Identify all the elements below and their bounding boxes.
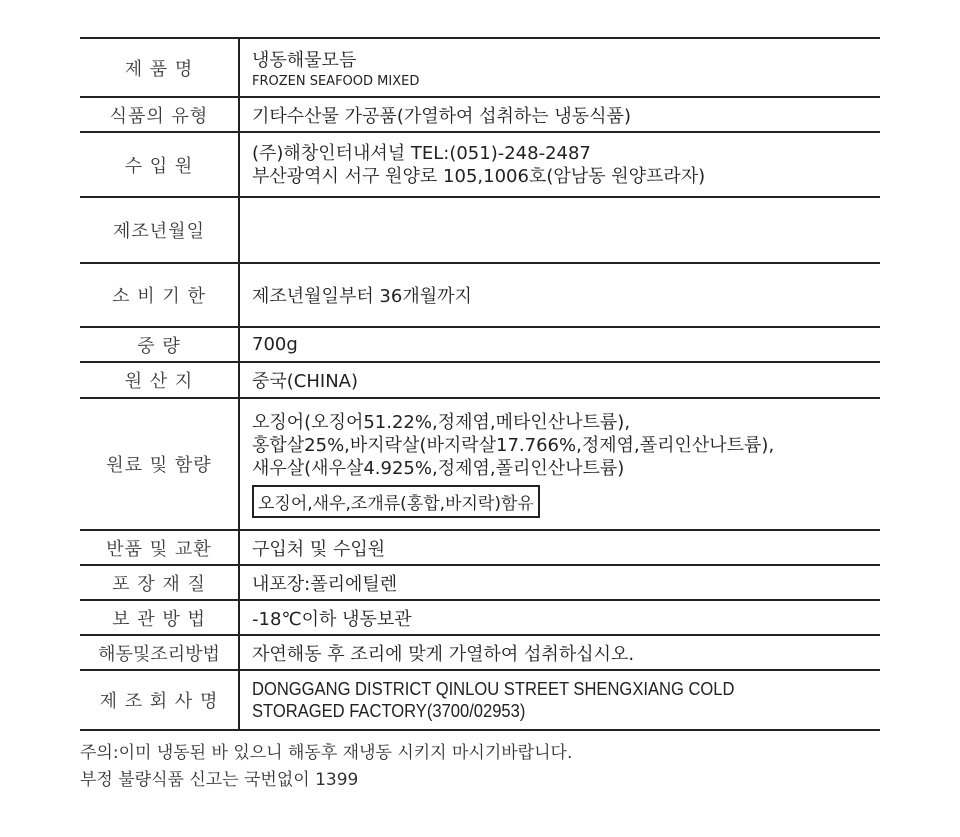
label-key: 보 관 방 법	[80, 600, 239, 635]
importer-address: 부산광역시 서구 원양로 105,1006호(암남동 원양프라자)	[252, 165, 880, 188]
row-thaw-cook: 해동및조리방법 자연해동 후 조리에 맞게 가열하여 섭취하십시오.	[80, 635, 880, 670]
row-food-type: 식품의 유형 기타수산물 가공품(가열하여 섭취하는 냉동식품)	[80, 97, 880, 132]
label-value: 기타수산물 가공품(가열하여 섭취하는 냉동식품)	[239, 97, 880, 132]
row-ingredients: 원료 및 함량 오징어(오징어51.22%,정제염,메타인산나트륨), 홍합살2…	[80, 398, 880, 530]
label-key: 수 입 원	[80, 132, 239, 197]
label-value: DONGGANG DISTRICT QINLOU STREET SHENGXIA…	[239, 670, 880, 730]
row-product-name: 제 품 명 냉동해물모듬 FROZEN SEAFOOD MIXED	[80, 38, 880, 97]
product-name-en: FROZEN SEAFOOD MIXED	[252, 74, 880, 89]
label-key: 제 조 회 사 명	[80, 670, 239, 730]
label-key: 해동및조리방법	[80, 635, 239, 670]
row-returns: 반품 및 교환 구입처 및 수입원	[80, 530, 880, 565]
label-value	[239, 197, 880, 263]
ingredient-line: 새우살(새우살4.925%,정제염,폴리인산나트륨)	[252, 457, 880, 480]
row-expiry: 소 비 기 한 제조년월일부터 36개월까지	[80, 263, 880, 327]
label-key: 원료 및 함량	[80, 398, 239, 530]
label-key: 포 장 재 질	[80, 565, 239, 600]
footer-notes: 주의:이미 냉동된 바 있으니 해동후 재냉동 시키지 마시기바랍니다. 부정 …	[80, 740, 572, 794]
row-weight: 중 량 700g	[80, 327, 880, 362]
label-value: 700g	[239, 327, 880, 362]
ingredient-line: 홍합살25%,바지락살(바지락살17.766%,정제염,폴리인산나트륨),	[252, 434, 880, 457]
label-key: 소 비 기 한	[80, 263, 239, 327]
label-value: 제조년월일부터 36개월까지	[239, 263, 880, 327]
label-value: 자연해동 후 조리에 맞게 가열하여 섭취하십시오.	[239, 635, 880, 670]
report-note: 부정 불량식품 신고는 국번없이 1399	[80, 767, 572, 794]
label-key: 반품 및 교환	[80, 530, 239, 565]
allergen-box: 오징어,새우,조개류(홍합,바지락)함유	[252, 485, 540, 518]
label-value: 구입처 및 수입원	[239, 530, 880, 565]
row-origin: 원 산 지 중국(CHINA)	[80, 362, 880, 398]
ingredient-line: 오징어(오징어51.22%,정제염,메타인산나트륨),	[252, 411, 880, 434]
manufacturer-line: DONGGANG DISTRICT QINLOU STREET SHENGXIA…	[252, 678, 830, 700]
manufacturer-line: STORAGED FACTORY(3700/02953)	[252, 700, 830, 722]
label-value: 내포장:폴리에틸렌	[239, 565, 880, 600]
row-importer: 수 입 원 (주)해창인터내셔널 TEL:(051)-248-2487 부산광역…	[80, 132, 880, 197]
label-key: 원 산 지	[80, 362, 239, 398]
caution-note: 주의:이미 냉동된 바 있으니 해동후 재냉동 시키지 마시기바랍니다.	[80, 740, 572, 767]
label-value: 오징어(오징어51.22%,정제염,메타인산나트륨), 홍합살25%,바지락살(…	[239, 398, 880, 530]
row-manufacture-date: 제조년월일	[80, 197, 880, 263]
label-value: (주)해창인터내셔널 TEL:(051)-248-2487 부산광역시 서구 원…	[239, 132, 880, 197]
label-key: 식품의 유형	[80, 97, 239, 132]
label-value: 냉동해물모듬 FROZEN SEAFOOD MIXED	[239, 38, 880, 97]
label-value: 중국(CHINA)	[239, 362, 880, 398]
label-key: 중 량	[80, 327, 239, 362]
row-storage: 보 관 방 법 -18℃이하 냉동보관	[80, 600, 880, 635]
label-value: -18℃이하 냉동보관	[239, 600, 880, 635]
label-key: 제조년월일	[80, 197, 239, 263]
product-name-ko: 냉동해물모듬	[252, 50, 356, 71]
label-key: 제 품 명	[80, 38, 239, 97]
row-packaging: 포 장 재 질 내포장:폴리에틸렌	[80, 565, 880, 600]
product-label-table: 제 품 명 냉동해물모듬 FROZEN SEAFOOD MIXED 식품의 유형…	[80, 37, 880, 731]
importer-name-phone: (주)해창인터내셔널 TEL:(051)-248-2487	[252, 142, 880, 165]
row-manufacturer: 제 조 회 사 명 DONGGANG DISTRICT QINLOU STREE…	[80, 670, 880, 730]
